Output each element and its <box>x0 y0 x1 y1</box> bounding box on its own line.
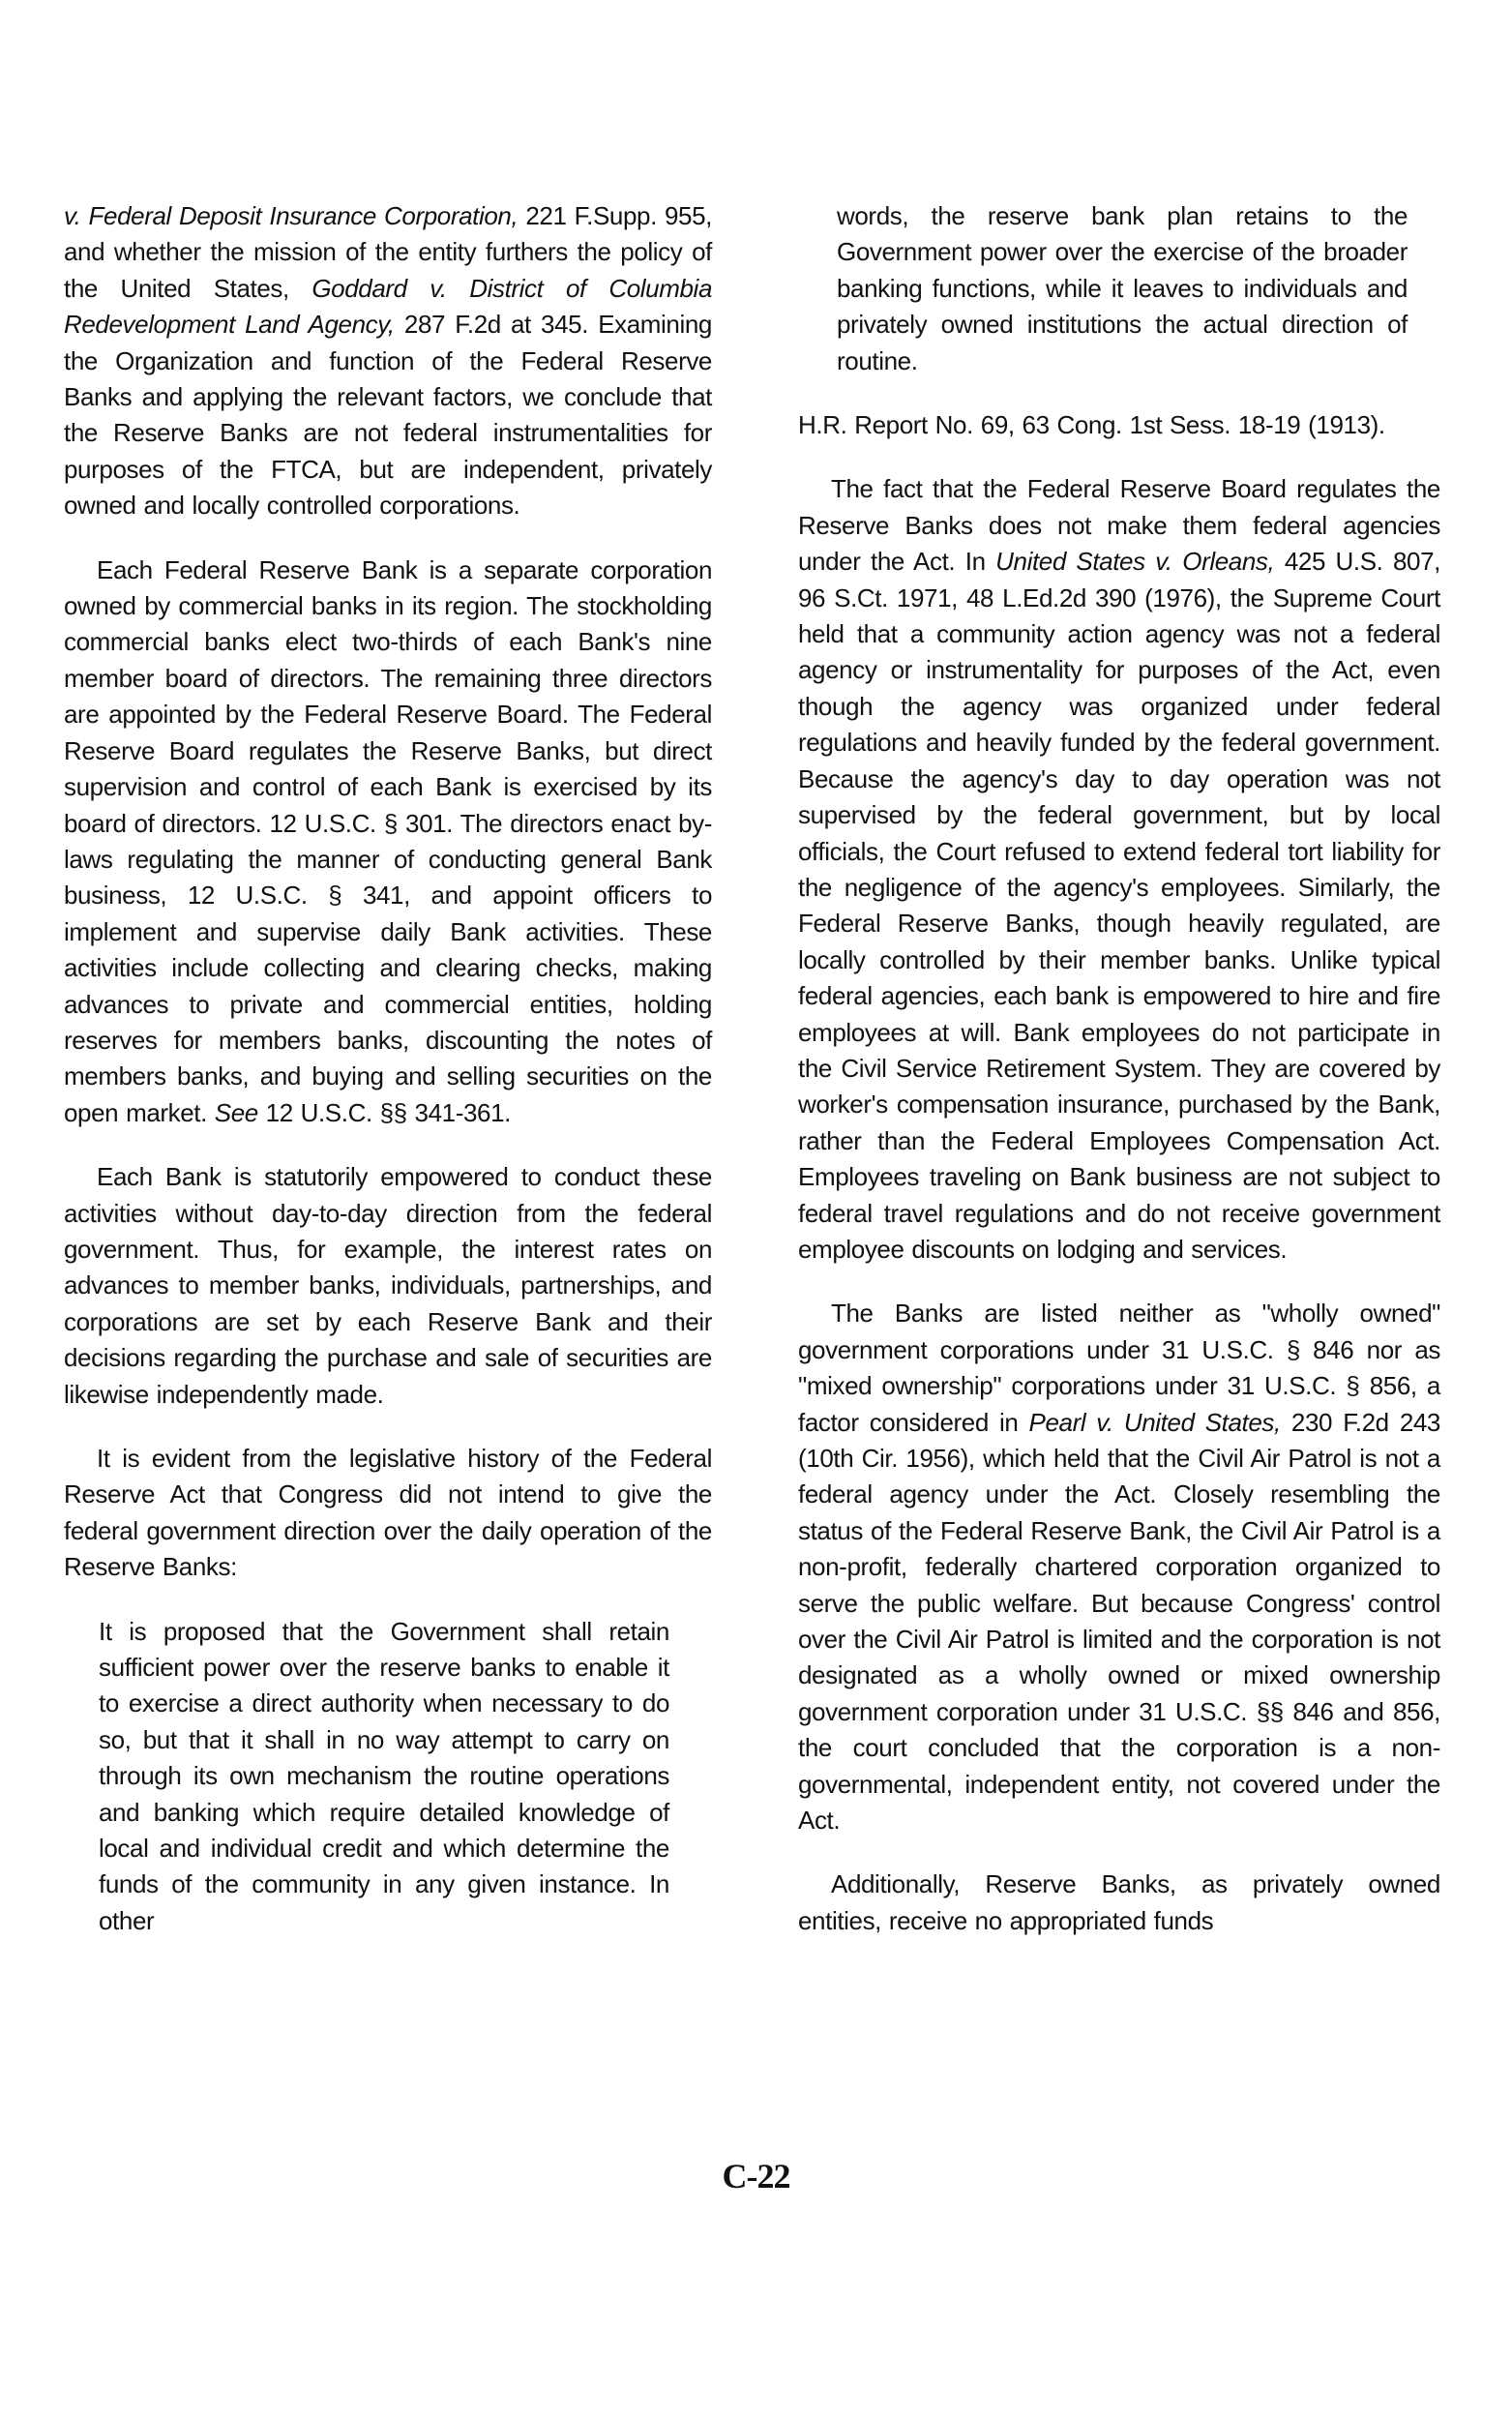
block-quote: It is proposed that the Government shall… <box>64 1614 712 1940</box>
paragraph-legislative-history: It is evident from the legislative histo… <box>64 1441 712 1586</box>
see-signal: See <box>215 1098 258 1127</box>
document-page: v. Federal Deposit Insurance Corporation… <box>0 0 1512 2419</box>
paragraph-each-federal-reserve-bank: Each Federal Reserve Bank is a separate … <box>64 552 712 1132</box>
paragraph-banks-not-listed: The Banks are listed neither as "wholly … <box>798 1296 1440 1838</box>
right-column: words, the reserve bank plan retains to … <box>798 198 1440 1967</box>
paragraph-text: 425 U.S. 807, 96 S.Ct. 1971, 48 L.Ed.2d … <box>798 547 1440 1264</box>
case-citation: United States v. Orleans, <box>995 547 1274 576</box>
paragraph-text: 230 F.2d 243 (10th Cir. 1956), which hel… <box>798 1408 1440 1835</box>
paragraph-fdic-citation: v. Federal Deposit Insurance Corporation… <box>64 198 712 524</box>
paragraph-board-regulates: The fact that the Federal Reserve Board … <box>798 471 1440 1268</box>
paragraph-text: 12 U.S.C. §§ 341-361. <box>258 1098 511 1127</box>
paragraph-additionally: Additionally, Reserve Banks, as privatel… <box>798 1867 1440 1939</box>
block-quote-continued: words, the reserve bank plan retains to … <box>798 198 1440 379</box>
report-citation: H.R. Report No. 69, 63 Cong. 1st Sess. 1… <box>798 407 1440 443</box>
paragraph-text: 287 F.2d at 345. Examining the Organizat… <box>64 310 712 520</box>
paragraph-text: Each Federal Reserve Bank is a separate … <box>64 555 712 1127</box>
left-column: v. Federal Deposit Insurance Corporation… <box>64 198 712 1967</box>
case-citation: Pearl v. United States, <box>1029 1408 1281 1437</box>
page-number: C-22 <box>0 2156 1512 2196</box>
case-citation: v. Federal Deposit Insurance Corporation… <box>64 201 518 230</box>
paragraph-statutorily-empowered: Each Bank is statutorily empowered to co… <box>64 1159 712 1413</box>
